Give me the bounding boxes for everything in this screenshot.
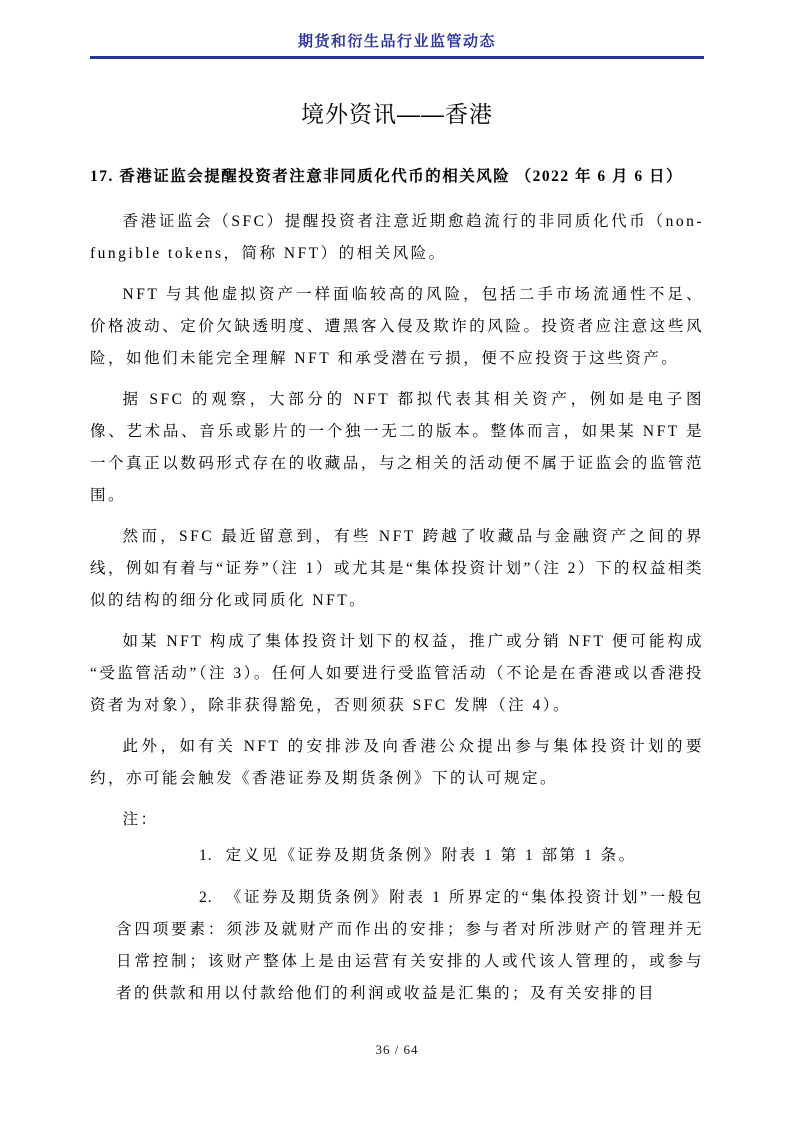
body-paragraph: 香港证监会（SFC）提醒投资者注意近期愈趋流行的非同质化代币（non-fungi… <box>90 206 704 270</box>
running-header: 期货和衍生品行业监管动态 <box>90 0 704 59</box>
note-text: 定义见《证券及期货条例》附表 1 第 1 部第 1 条。 <box>226 847 637 864</box>
note-number: 1. <box>199 847 213 864</box>
page-number: 36 / 64 <box>375 1042 418 1057</box>
notes-label: 注： <box>90 804 704 836</box>
body-paragraph: 据 SFC 的观察，大部分的 NFT 都拟代表其相关资产，例如是电子图像、艺术品… <box>90 384 704 512</box>
section-heading: 17. 香港证监会提醒投资者注意非同质化代币的相关风险 （2022 年 6 月 … <box>90 164 704 190</box>
running-header-title: 期货和衍生品行业监管动态 <box>298 33 496 50</box>
note-item: 2.《证券及期货条例》附表 1 所界定的“集体投资计划”一般包含四项要素：须涉及… <box>116 882 704 1010</box>
body-paragraph: NFT 与其他虚拟资产一样面临较高的风险，包括二手市场流通性不足、价格波动、定价… <box>90 279 704 375</box>
note-item: 1.定义见《证券及期货条例》附表 1 第 1 部第 1 条。 <box>116 840 704 872</box>
body-paragraph: 然而，SFC 最近留意到，有些 NFT 跨越了收藏品与金融资产之间的界线，例如有… <box>90 521 704 617</box>
body-paragraph: 此外，如有关 NFT 的安排涉及向香港公众提出参与集体投资计划的要约，亦可能会触… <box>90 731 704 795</box>
page-title: 境外资讯——香港 <box>90 96 704 129</box>
page-content: 期货和衍生品行业监管动态 境外资讯——香港 17. 香港证监会提醒投资者注意非同… <box>0 0 794 1010</box>
note-number: 2. <box>199 889 213 906</box>
page-footer: 36 / 64 <box>0 1041 794 1059</box>
document-page: { "colors": { "accent": "#2b3492" }, "he… <box>0 0 794 1123</box>
body-paragraph: 如某 NFT 构成了集体投资计划下的权益，推广或分销 NFT 便可能构成“受监管… <box>90 626 704 722</box>
